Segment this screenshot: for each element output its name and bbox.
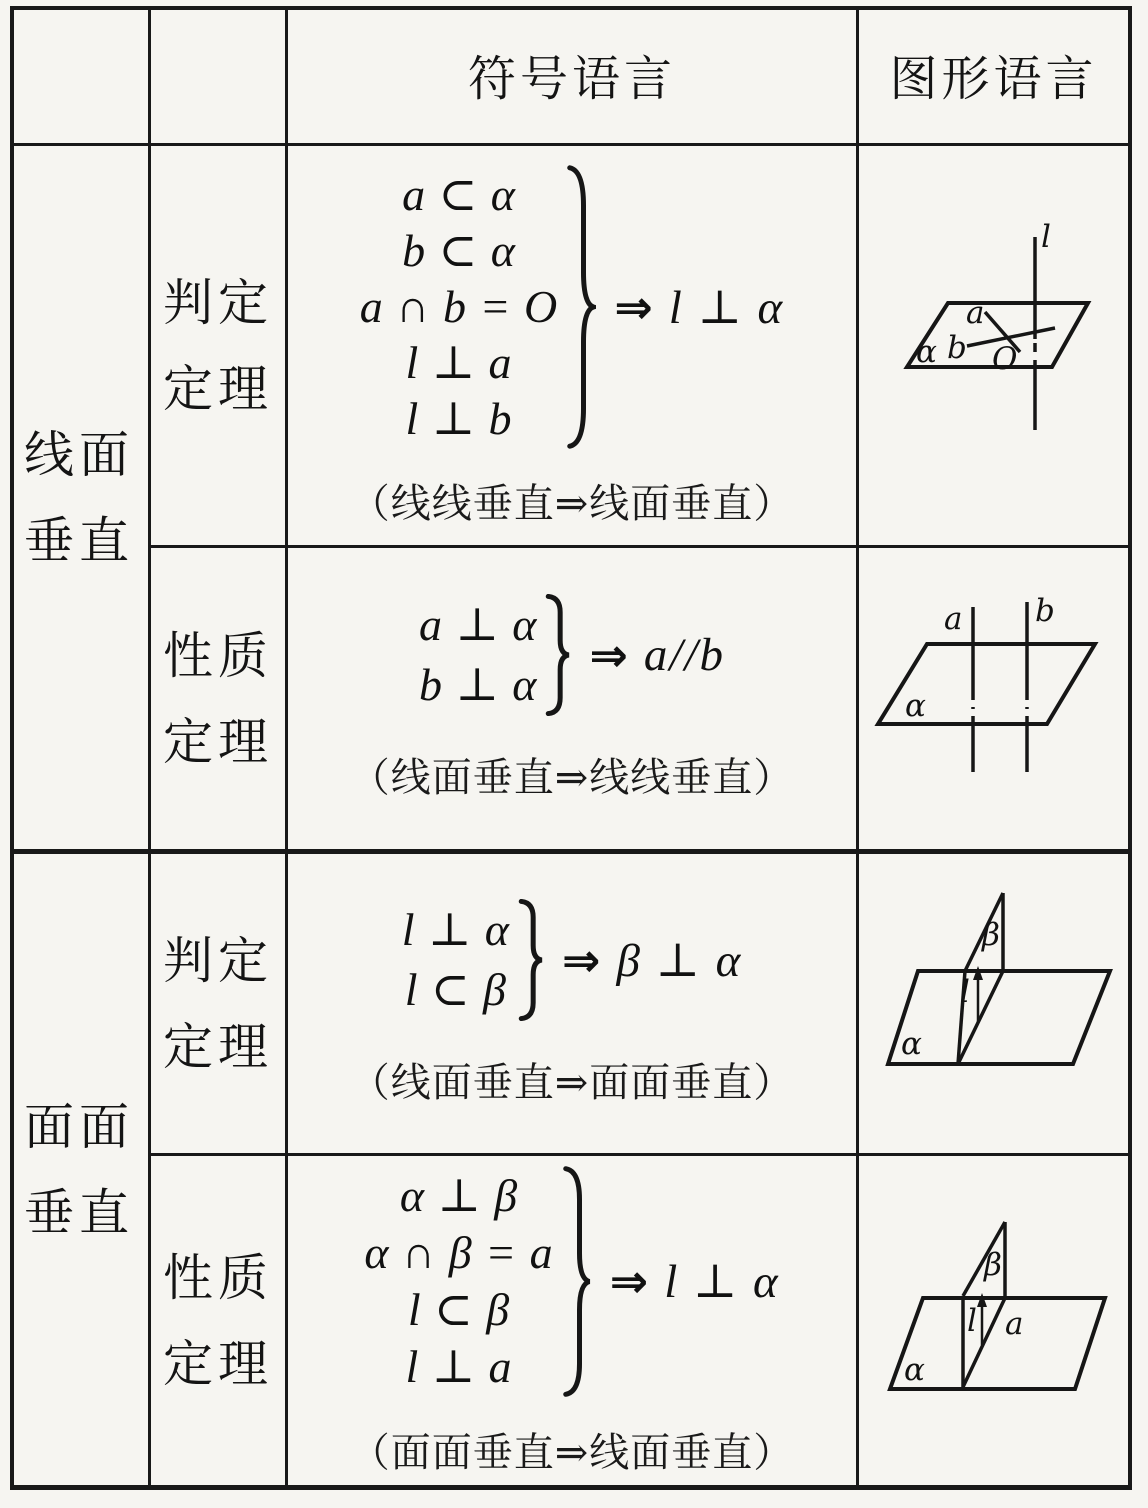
brace-path xyxy=(549,596,570,713)
label-b: b xyxy=(947,330,967,366)
caption: （线面垂直⇒线线垂直） xyxy=(350,746,795,803)
condition: a ∩ b = O xyxy=(360,279,558,335)
condition: l ⊥ a xyxy=(405,335,512,391)
formula-lineplane-judgment: a ⊂ α b ⊂ α a ∩ b = O l ⊥ a l ⊥ b ⇒ l ⊥ … xyxy=(288,146,856,545)
implies-arrow: ⇒ xyxy=(610,1254,649,1308)
condition: l ⊥ a xyxy=(405,1338,512,1395)
label-alpha: α xyxy=(901,1026,922,1062)
label-l: l xyxy=(967,1303,977,1339)
label-alpha: α xyxy=(904,1352,925,1388)
implies-arrow: ⇒ xyxy=(589,628,628,682)
rowlabel-judgment-2: 判定定理 xyxy=(151,854,285,1153)
label-alpha: α xyxy=(905,688,926,724)
conclusion: l ⊥ α xyxy=(664,1254,779,1309)
caption: （线线垂直⇒线面垂直） xyxy=(350,472,795,529)
right-brace xyxy=(518,899,544,1021)
formula-planeplane-property: α ⊥ β α ∩ β = a l ⊂ β l ⊥ a ⇒ l ⊥ α （面面垂… xyxy=(288,1156,856,1485)
rowlabel-property-2: 性质定理 xyxy=(151,1156,285,1485)
rowlabel-property-1: 性质定理 xyxy=(151,548,285,849)
condition: l ⊥ b xyxy=(405,391,512,447)
rowlabel2-line1: 性质 xyxy=(163,613,273,699)
conditions-stack: a ⊥ α b ⊥ α xyxy=(419,595,537,715)
condition: l ⊂ β xyxy=(408,1281,510,1338)
conclusion: l ⊥ α xyxy=(669,280,784,335)
rowlabel2-line2: 定理 xyxy=(163,699,273,785)
header-symbolic-language: 符号语言 xyxy=(288,6,856,143)
condition: b ⊂ α xyxy=(402,223,516,279)
label-a: a xyxy=(944,601,962,637)
right-brace xyxy=(545,594,571,716)
implies-arrow: ⇒ xyxy=(614,280,653,334)
rowlabel3-line2: 定理 xyxy=(163,1004,273,1090)
table-frame: 符号语言 图形语言 线面垂直 面面垂直 判定定理 性质定理 判定定理 性质定理 … xyxy=(10,6,1132,1490)
border-right xyxy=(1128,6,1132,1490)
diagram-planeplane-judgment: β l α xyxy=(856,849,1128,1153)
caption: （面面垂直⇒线面垂直） xyxy=(350,1421,795,1478)
rowlabel4-line1: 性质 xyxy=(163,1235,273,1321)
brace-path xyxy=(565,1168,589,1394)
formula-planeplane-judgment: l ⊥ α l ⊂ β ⇒ β ⊥ α （线面垂直⇒面面垂直） xyxy=(288,854,856,1153)
conclusion: a//b xyxy=(644,628,725,682)
label-b: b xyxy=(1035,593,1055,629)
rowlabel1-line1: 判定 xyxy=(163,260,273,346)
brace-path xyxy=(570,168,594,446)
group2-line2: 垂直 xyxy=(24,1170,134,1256)
label-alpha: α xyxy=(916,334,937,370)
group-line-plane-perpendicular: 线面垂直 xyxy=(10,146,148,849)
diagram-lineplane-judgment: l a b α O xyxy=(856,143,1128,545)
condition: a ⊥ α xyxy=(419,595,537,655)
rowlabel3-line1: 判定 xyxy=(163,918,273,1004)
conditions-stack: a ⊂ α b ⊂ α a ∩ b = O l ⊥ a l ⊥ b xyxy=(360,167,558,447)
label-a: a xyxy=(1005,1306,1023,1342)
theorem-table-page: 符号语言 图形语言 线面垂直 面面垂直 判定定理 性质定理 判定定理 性质定理 … xyxy=(0,0,1148,1508)
condition: l ⊥ α xyxy=(402,900,510,960)
header-graphic-language: 图形语言 xyxy=(859,6,1128,143)
group1-line1: 线面 xyxy=(24,412,134,498)
condition: α ∩ β = a xyxy=(364,1224,553,1281)
group1-line2: 垂直 xyxy=(24,498,134,584)
implies-arrow: ⇒ xyxy=(562,933,601,987)
label-O: O xyxy=(992,341,1017,377)
label-l: l xyxy=(960,974,970,1010)
rowlabel4-line2: 定理 xyxy=(163,1321,273,1407)
group-plane-plane-perpendicular: 面面垂直 xyxy=(10,854,148,1485)
header-symbolic-label: 符号语言 xyxy=(468,40,676,109)
diagram-planeplane-property: β l a α xyxy=(856,1153,1128,1490)
right-brace xyxy=(562,1164,592,1399)
label-l: l xyxy=(1041,219,1051,255)
condition: a ⊂ α xyxy=(402,167,516,223)
diagram-lineplane-property: a b α xyxy=(856,545,1128,849)
caption: （线面垂直⇒面面垂直） xyxy=(350,1051,795,1108)
conclusion: β ⊥ α xyxy=(616,933,742,988)
label-a: a xyxy=(966,295,984,331)
rowlabel-judgment-1: 判定定理 xyxy=(151,146,285,545)
brace-path xyxy=(521,901,542,1018)
label-beta: β xyxy=(983,1247,1002,1283)
header-graphic-label: 图形语言 xyxy=(889,40,1097,109)
right-brace xyxy=(566,162,596,452)
rowlabel1-line2: 定理 xyxy=(163,346,273,432)
conditions-stack: l ⊥ α l ⊂ β xyxy=(402,900,510,1020)
formula-lineplane-property: a ⊥ α b ⊥ α ⇒ a//b （线面垂直⇒线线垂直） xyxy=(288,548,856,849)
label-beta: β xyxy=(981,917,1000,953)
condition: b ⊥ α xyxy=(419,655,537,715)
group2-line1: 面面 xyxy=(24,1084,134,1170)
condition: α ⊥ β xyxy=(400,1167,518,1224)
condition: l ⊂ β xyxy=(405,960,507,1020)
conditions-stack: α ⊥ β α ∩ β = a l ⊂ β l ⊥ a xyxy=(364,1167,553,1395)
